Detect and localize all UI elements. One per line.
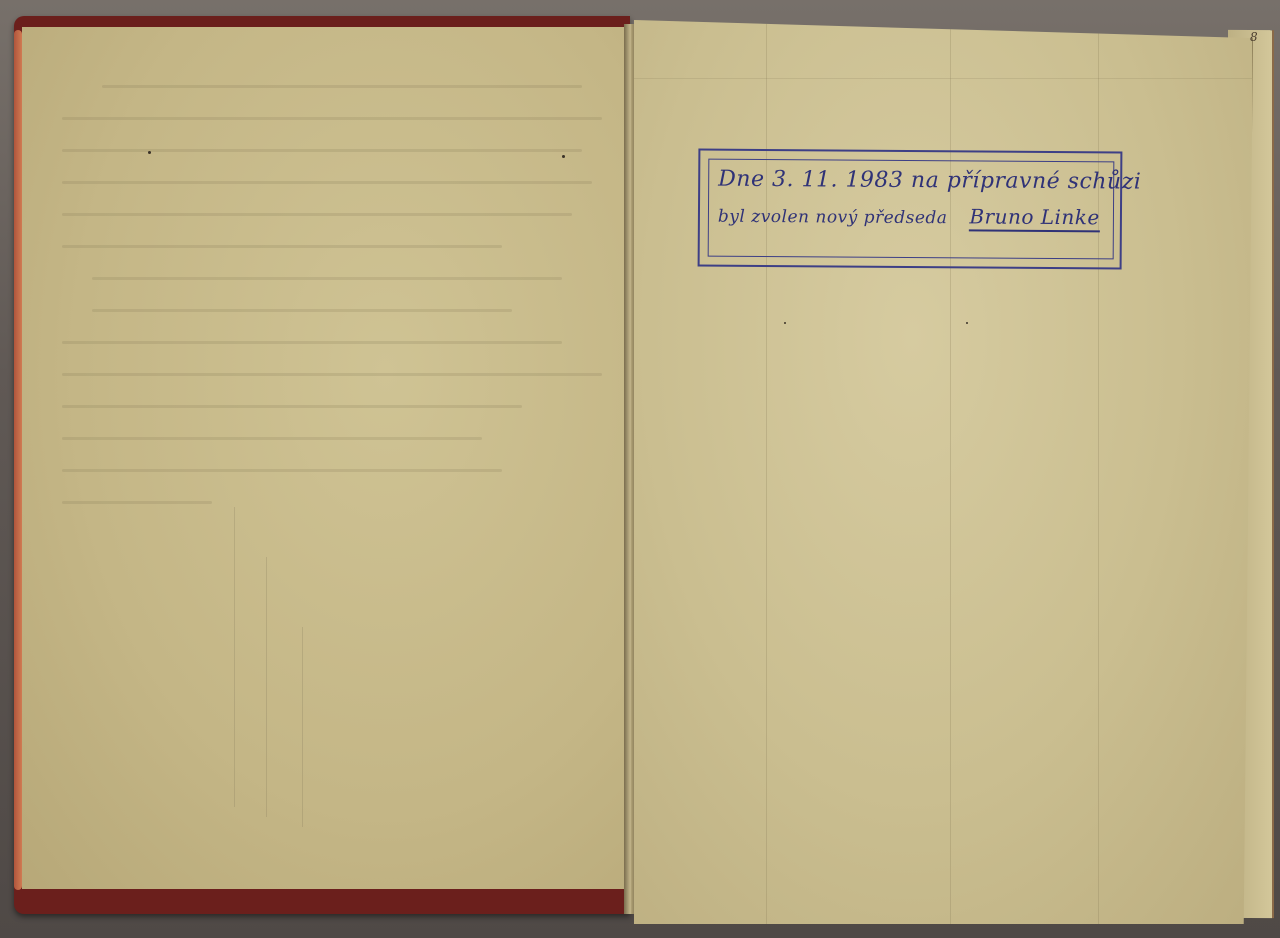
bleed-through-column [302, 627, 303, 827]
ink-speck [784, 322, 786, 324]
bleed-through-line [62, 213, 572, 216]
bleed-through-line [62, 245, 502, 248]
bleed-through-line [62, 149, 582, 152]
right-page: Dne 3. 11. 1983 na přípravné schůzi byl … [634, 20, 1253, 924]
ink-speck [148, 151, 151, 154]
bleed-through-line [62, 373, 602, 376]
bleed-through-line [92, 277, 562, 280]
ruled-row-line [634, 78, 1252, 79]
book-cover-edge [14, 30, 22, 890]
ink-speck [966, 322, 968, 324]
bleed-through-line [92, 309, 512, 312]
left-page [22, 27, 629, 889]
note-line-date: Dne 3. 11. 1983 na přípravné schůzi [718, 167, 1141, 195]
note-election-text: byl zvolen nový předseda [718, 207, 948, 229]
bleed-through-line [62, 469, 502, 472]
bleed-through-line [62, 501, 212, 504]
bleed-through-line [62, 405, 522, 408]
bleed-through-line [62, 117, 602, 120]
page-number-mark: 8 [1250, 30, 1258, 44]
chairman-name: Bruno Linke [969, 204, 1100, 232]
handwritten-note-box: Dne 3. 11. 1983 na přípravné schůzi byl … [698, 149, 1123, 270]
bleed-through-line [62, 181, 592, 184]
note-line-election: byl zvolen nový předseda Bruno Linke [718, 203, 1100, 230]
bleed-through-line [102, 85, 582, 88]
bleed-through-column [234, 507, 235, 807]
bleed-through-line [62, 437, 482, 440]
ink-speck [562, 155, 565, 158]
bleed-through-line [62, 341, 562, 344]
bleed-through-column [266, 557, 267, 817]
